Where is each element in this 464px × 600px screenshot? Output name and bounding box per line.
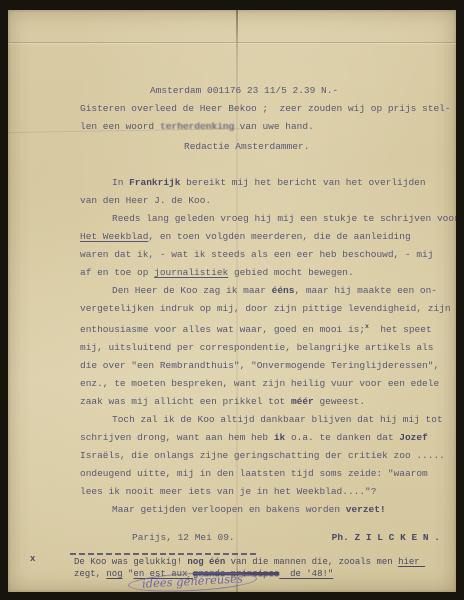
text-segment: Redactie Amsterdammer.: [184, 141, 309, 152]
text-line: In Frankrijk bereikt mij het bericht van…: [112, 174, 456, 192]
text-line: Maar getijden verloopen en bakens worden…: [112, 501, 456, 519]
text-segment: nog één: [187, 557, 225, 567]
text-line: Toch zal ik de Koo altijd dankbaar blijv…: [112, 411, 456, 429]
text-segment: Gisteren overleed de Heer Bekoo ; zeer z…: [80, 103, 451, 114]
text-line: van den Heer J. de Koo.: [80, 192, 456, 210]
text-line: Gisteren overleed de Heer Bekoo ; zeer z…: [80, 100, 456, 118]
text-line: Den Heer de Koo zag ik maar ééns, maar h…: [112, 282, 456, 300]
text-segment: gebied mocht bewegen.: [228, 267, 353, 278]
telegram-header: Amsterdam 001176 23 11/5 2.39 N.-Gistere…: [8, 82, 456, 156]
text-line: Israëls, die onlangs zijne geringschatti…: [80, 447, 456, 465]
text-segment: lees ik nooit meer iets van je in het We…: [80, 486, 376, 497]
text-line: Het Weekblad, en toen volgden meerderen,…: [80, 228, 456, 246]
text-segment: van die mannen die, zooals men: [225, 557, 398, 567]
text-line: enz., te moeten bespreken, want zijn hei…: [80, 375, 456, 393]
text-line: lees ik nooit meer iets van je in het We…: [80, 483, 456, 501]
text-line: schrijven drong, want aan hem heb ik o.a…: [80, 429, 456, 447]
text-segment: die over "een Rembrandthuis", "Onvermoge…: [80, 360, 439, 371]
text-segment: enz., te moeten bespreken, want zijn hei…: [80, 378, 439, 389]
text-segment: af en toe op: [80, 267, 154, 278]
text-line: ondeugend uitte, mij in den laatsten tij…: [80, 465, 456, 483]
photo-frame: Amsterdam 001176 23 11/5 2.39 N.-Gistere…: [0, 0, 464, 600]
text-segment: hier: [398, 557, 425, 567]
footnote-marker: x: [30, 553, 35, 565]
text-segment: len een woord: [80, 121, 160, 132]
text-line: zegt, nog "en est aux grands principes d…: [74, 568, 456, 580]
text-segment: terherdenking: [160, 121, 234, 132]
text-segment: van uwe hand.: [234, 121, 314, 132]
text-segment: In: [112, 177, 129, 188]
signature: Ph. Z I L C K E N .: [332, 529, 440, 547]
text-segment: geweest.: [314, 396, 365, 407]
text-line: vergetelijken indruk op mij, door zijn p…: [80, 300, 456, 318]
text-segment: o.a. te danken dat: [285, 432, 399, 443]
text-segment: mij, uitsluitend per correspondentie, be…: [80, 342, 433, 353]
text-segment: Amsterdam 001176 23 11/5 2.39 N.-: [150, 85, 338, 96]
text-segment: Toch zal ik de Koo altijd dankbaar blijv…: [112, 414, 443, 425]
text-line: len een woord terherdenking van uwe hand…: [80, 118, 456, 136]
text-segment: waren dat ik, - wat ik steeds als een ee…: [80, 249, 433, 260]
text-segment: vergetelijken indruk op mij, door zijn p…: [80, 303, 451, 314]
text-segment: de '48!": [279, 569, 333, 579]
text-segment: zegt,: [74, 569, 106, 579]
text-segment: Israëls, die onlangs zijne geringschatti…: [80, 450, 445, 461]
text-line: af en toe op journalistiek gebied mocht …: [80, 264, 456, 282]
text-segment: ": [123, 569, 134, 579]
text-segment: Jozef: [399, 432, 428, 443]
text-line: De Koo was gelukkig! nog één van die man…: [74, 556, 456, 568]
text-line: mij, uitsluitend per correspondentie, be…: [80, 339, 456, 357]
text-line: Redactie Amsterdammer.: [184, 138, 456, 156]
text-segment: Reeds lang geleden vroeg hij mij een stu…: [112, 213, 456, 224]
text-segment: het speet: [369, 324, 432, 335]
text-segment: , maar hij maakte een on-: [294, 285, 437, 296]
text-line: Amsterdam 001176 23 11/5 2.39 N.-: [150, 82, 456, 100]
text-line: enthousiasme voor alles wat waar, goed e…: [80, 318, 456, 339]
text-segment: Frankrijk: [129, 177, 180, 188]
text-segment: ondeugend uitte, mij in den laatsten tij…: [80, 468, 428, 479]
text-line: zaak was mij allicht een prikkel tot méé…: [80, 393, 456, 411]
text-segment: Het Weekblad: [80, 231, 148, 242]
text-segment: De Koo was gelukkig!: [74, 557, 187, 567]
text-segment: journalistiek: [154, 267, 228, 278]
text-segment: , en toen volgden meerderen, die de aanl…: [148, 231, 410, 242]
text-segment: Den Heer de Koo zag ik maar: [112, 285, 272, 296]
text-segment: Maar getijden verloopen en bakens worden: [112, 504, 346, 515]
text-segment: verzet!: [346, 504, 386, 515]
text-segment: schrijven drong, want aan hem heb: [80, 432, 274, 443]
text-segment: ik: [274, 432, 285, 443]
text-segment: zaak was mij allicht een prikkel tot: [80, 396, 291, 407]
text-line: die over "een Rembrandthuis", "Onvermoge…: [80, 357, 456, 375]
footnote-separator: [70, 553, 256, 555]
text-segment: nog: [106, 569, 122, 579]
date-line: Parijs, 12 Mei 09.: [132, 529, 235, 547]
closing-row: Parijs, 12 Mei 09. Ph. Z I L C K E N .: [8, 529, 456, 547]
text-segment: méér: [291, 396, 314, 407]
text-line: waren dat ik, - wat ik steeds als een ee…: [80, 246, 456, 264]
letter-body: In Frankrijk bereikt mij het bericht van…: [8, 174, 456, 519]
text-segment: ééns: [272, 285, 295, 296]
text-segment: bereikt mij het bericht van het overlijd…: [180, 177, 425, 188]
footnote: x De Koo was gelukkig! nog één van die m…: [8, 553, 456, 580]
telegram-paper: Amsterdam 001176 23 11/5 2.39 N.-Gistere…: [8, 10, 456, 592]
text-segment: van den Heer J. de Koo.: [80, 195, 211, 206]
text-line: Reeds lang geleden vroeg hij mij een stu…: [112, 210, 456, 228]
typed-content: Amsterdam 001176 23 11/5 2.39 N.-Gistere…: [8, 10, 456, 592]
text-segment: enthousiasme voor alles wat waar, goed e…: [80, 324, 365, 335]
